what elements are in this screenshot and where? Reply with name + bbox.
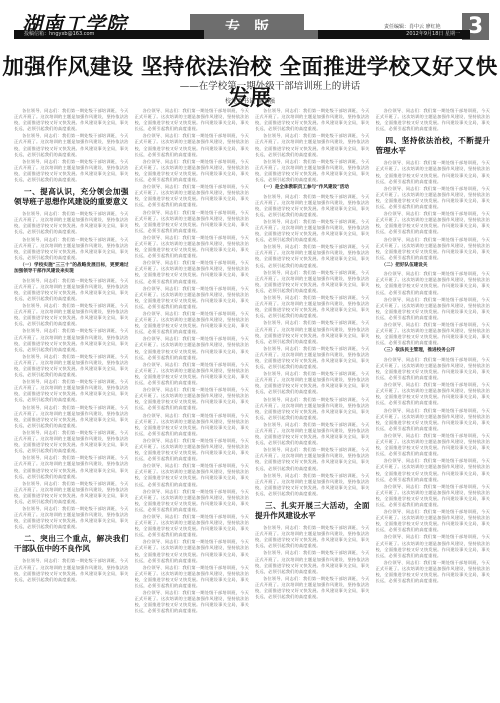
paragraph: 各位领导、同志们：我们第一期处级干部培训班，今天正式开班了。这次培训的主题是加强…	[14, 558, 129, 582]
paragraph: 各位领导、同志们：我们第一期处级干部培训班，今天正式开班了。这次培训的主题是加强…	[255, 194, 370, 218]
paragraph: 各位领导、同志们：我们第一期处级干部培训班，今天正式开班了。这次培训的主题是加强…	[135, 235, 250, 259]
paragraph: 各位领导、同志们：我们第一期处级干部培训班，今天正式开班了。这次培训的主题是加强…	[14, 159, 129, 183]
paragraph: 各位领导、同志们：我们第一期处级干部培训班，今天正式开班了。这次培训的主题是加强…	[255, 270, 370, 294]
paragraph: 各位领导、同志们：我们第一期处级干部培训班，今天正式开班了。这次培训的主题是加强…	[14, 108, 129, 132]
paragraph: 各位领导、同志们：我们第一期处级干部培训班，今天正式开班了。这次培训的主题是加强…	[255, 473, 370, 497]
paragraph: 各位领导、同志们：我们第一期处级干部培训班，今天正式开班了。这次培训的主题是加强…	[135, 260, 250, 284]
byline: 校党委书记 谢国强	[0, 96, 500, 105]
column-1: 各位领导、同志们：我们第一期处级干部培训班，今天正式开班了。这次培训的主题是加强…	[14, 108, 129, 698]
paragraph: 各位领导、同志们：我们第一期处级干部培训班，今天正式开班了。这次培训的主题是加强…	[255, 576, 370, 600]
paragraph: 各位领导、同志们：我们第一期处级干部培训班，今天正式开班了。这次培训的主题是加强…	[255, 244, 370, 268]
section-heading-3: 三、扎实开展三大活动，全面提升作风建设水平	[255, 501, 370, 521]
paragraph: 各位领导、同志们：我们第一期处级干部培训班，今天正式开班了。这次培训的主题是加强…	[376, 484, 491, 508]
paragraph: 各位领导、同志们：我们第一期处级干部培训班，今天正式开班了。这次培训的主题是加强…	[376, 237, 491, 261]
paragraph: 各位领导、同志们：我们第一期处级干部培训班，今天正式开班了。这次培训的主题是加强…	[14, 278, 129, 302]
paragraph: 各位领导、同志们：我们第一期处级干部培训班，今天正式开班了。这次培训的主题是加强…	[255, 295, 370, 319]
paragraph: 各位领导、同志们：我们第一期处级干部培训班，今天正式开班了。这次培训的主题是加强…	[135, 565, 250, 589]
paragraph: 各位领导、同志们：我们第一期处级干部培训班，今天正式开班了。这次培训的主题是加强…	[14, 237, 129, 261]
paragraph: 各位领导、同志们：我们第一期处级干部培训班，今天正式开班了。这次培训的主题是加强…	[376, 297, 491, 321]
paragraph: 各位领导、同志们：我们第一期处级干部培训班，今天正式开班了。这次培训的主题是加强…	[135, 463, 250, 487]
paragraph: 各位领导、同志们：我们第一期处级干部培训班，今天正式开班了。这次培训的主题是加强…	[14, 328, 129, 352]
paragraph: 各位领导、同志们：我们第一期处级干部培训班，今天正式开班了。这次培训的主题是加强…	[135, 539, 250, 563]
paragraph: 各位领导、同志们：我们第一期处级干部培训班，今天正式开班了。这次培训的主题是加强…	[135, 413, 250, 437]
paragraph: 各位领导、同志们：我们第一期处级干部培训班，今天正式开班了。这次培训的主题是加强…	[135, 387, 250, 411]
paragraph: 各位领导、同志们：我们第一期处级干部培训班，今天正式开班了。这次培训的主题是加强…	[255, 133, 370, 157]
paragraph: 各位领导、同志们：我们第一期处级干部培训班，今天正式开班了。这次培训的主题是加强…	[135, 438, 250, 462]
paragraph: 各位领导、同志们：我们第一期处级干部培训班，今天正式开班了。这次培训的主题是加强…	[14, 455, 129, 479]
section-heading-2: 二、突出三个重点，解决我们干部队伍中的不良作风	[14, 534, 129, 554]
paragraph: 各位领导、同志们：我们第一期处级干部培训班，今天正式开班了。这次培训的主题是加强…	[255, 219, 370, 243]
paragraph: 各位领导、同志们：我们第一期处级干部培训班，今天正式开班了。这次培训的主题是加强…	[135, 590, 250, 614]
paragraph: 各位领导、同志们：我们第一期处级干部培训班，今天正式开班了。这次培训的主题是加强…	[376, 382, 491, 406]
paragraph: 各位领导、同志们：我们第一期处级干部培训班，今天正式开班了。这次培训的主题是加强…	[14, 211, 129, 235]
paragraph: 各位领导、同志们：我们第一期处级干部培训班，今天正式开班了。这次培训的主题是加强…	[135, 489, 250, 513]
paragraph: 各位领导、同志们：我们第一期处级干部培训班，今天正式开班了。这次培训的主题是加强…	[14, 303, 129, 327]
paragraph: 各位领导、同志们：我们第一期处级干部培训班，今天正式开班了。这次培训的主题是加强…	[376, 186, 491, 210]
paragraph: 各位领导、同志们：我们第一期处级干部培训班，今天正式开班了。这次培训的主题是加强…	[376, 271, 491, 295]
paragraph: 各位领导、同志们：我们第一期处级干部培训班，今天正式开班了。这次培训的主题是加强…	[255, 346, 370, 370]
paragraph: 各位领导、同志们：我们第一期处级干部培训班，今天正式开班了。这次培训的主题是加强…	[376, 560, 491, 584]
section-heading-1: 一、提高认识，充分领会加强领导班子思想作风建设的重要意义	[14, 187, 129, 207]
paragraph: 各位领导、同志们：我们第一期处级干部培训班，今天正式开班了。这次培训的主题是加强…	[14, 430, 129, 454]
paragraph: 各位领导、同志们：我们第一期处级干部培训班，今天正式开班了。这次培训的主题是加强…	[14, 481, 129, 505]
paragraph: 各位领导、同志们：我们第一期处级干部培训班，今天正式开班了。这次培训的主题是加强…	[135, 133, 250, 157]
paragraph: 各位领导、同志们：我们第一期处级干部培训班，今天正式开班了。这次培训的主题是加强…	[135, 514, 250, 538]
paragraph: 各位领导、同志们：我们第一期处级干部培训班，今天正式开班了。这次培训的主题是加强…	[376, 534, 491, 558]
paragraph: 各位领导、同志们：我们第一期处级干部培训班，今天正式开班了。这次培训的主题是加强…	[376, 509, 491, 533]
paragraph: 各位领导、同志们：我们第一期处级干部培训班，今天正式开班了。这次培训的主题是加强…	[376, 408, 491, 432]
article-body: 各位领导、同志们：我们第一期处级干部培训班，今天正式开班了。这次培训的主题是加强…	[14, 108, 490, 698]
paragraph: 各位领导、同志们：我们第一期处级干部培训班，今天正式开班了。这次培训的主题是加强…	[255, 371, 370, 395]
subsection-heading: （一）学校实施“三三十”的战略发展目标，更要通过加强领导干部作风建设来实现	[14, 263, 129, 276]
paragraph: 各位领导、同志们：我们第一期处级干部培训班，今天正式开班了。这次培训的主题是加强…	[14, 506, 129, 530]
paragraph: 各位领导、同志们：我们第一期处级干部培训班，今天正式开班了。这次培训的主题是加强…	[14, 354, 129, 378]
column-2: 各位领导、同志们：我们第一期处级干部培训班，今天正式开班了。这次培训的主题是加强…	[135, 108, 250, 698]
paragraph: 各位领导、同志们：我们第一期处级干部培训班，今天正式开班了。这次培训的主题是加强…	[255, 422, 370, 446]
paragraph: 各位领导、同志们：我们第一期处级干部培训班，今天正式开班了。这次培训的主题是加强…	[376, 433, 491, 457]
subsection-heading: （一）是全体教职员工参与“作风建设”活动	[255, 185, 370, 191]
issue-date: 2012年9月18日 星期一	[406, 30, 460, 39]
submission-email: 投稿信箱：hngyxb@163.com	[24, 30, 94, 39]
paragraph: 各位领导、同志们：我们第一期处级干部培训班，今天正式开班了。这次培训的主题是加强…	[376, 357, 491, 381]
paragraph: 各位领导、同志们：我们第一期处级干部培训班，今天正式开班了。这次培训的主题是加强…	[255, 447, 370, 471]
paragraph: 各位领导、同志们：我们第一期处级干部培训班，今天正式开班了。这次培训的主题是加强…	[255, 550, 370, 574]
paragraph: 各位领导、同志们：我们第一期处级干部培训班，今天正式开班了。这次培训的主题是加强…	[255, 397, 370, 421]
paragraph: 各位领导、同志们：我们第一期处级干部培训班，今天正式开班了。这次培训的主题是加强…	[135, 184, 250, 208]
paragraph: 各位领导、同志们：我们第一期处级干部培训班，今天正式开班了。这次培训的主题是加强…	[135, 311, 250, 335]
subtitle: ——在学校第一期处级干部培训班上的讲话	[0, 78, 500, 92]
section-heading-4: 四、坚持依法治校，不断提升管理水平	[376, 136, 491, 156]
paragraph: 各位领导、同志们：我们第一期处级干部培训班，今天正式开班了。这次培训的主题是加强…	[14, 405, 129, 429]
masthead-bar-middle	[204, 30, 318, 39]
paragraph: 各位领导、同志们：我们第一期处级干部培训班，今天正式开班了。这次培训的主题是加强…	[255, 525, 370, 549]
paragraph: 各位领导、同志们：我们第一期处级干部培训班，今天正式开班了。这次培训的主题是加强…	[135, 336, 250, 360]
subsection-heading: （二）把好队伍建设关	[376, 263, 491, 269]
paragraph: 各位领导、同志们：我们第一期处级干部培训班，今天正式开班了。这次培训的主题是加强…	[376, 160, 491, 184]
paragraph: 各位领导、同志们：我们第一期处级干部培训班，今天正式开班了。这次培训的主题是加强…	[14, 133, 129, 157]
paragraph: 各位领导、同志们：我们第一期处级干部培训班，今天正式开班了。这次培训的主题是加强…	[135, 210, 250, 234]
masthead: 湖南工学院 专版 责任编辑：肖中云 廖红艳 3 投稿信箱：hngyxb@163.…	[0, 0, 500, 44]
column-3: 各位领导、同志们：我们第一期处级干部培训班，今天正式开班了。这次培训的主题是加强…	[255, 108, 370, 698]
masthead-bar: 投稿信箱：hngyxb@163.com 2012年9月18日 星期一	[14, 30, 470, 39]
paragraph: 各位领导、同志们：我们第一期处级干部培训班，今天正式开班了。这次培训的主题是加强…	[135, 286, 250, 310]
paragraph: 各位领导、同志们：我们第一期处级干部培训班，今天正式开班了。这次培训的主题是加强…	[135, 108, 250, 132]
paragraph: 各位领导、同志们：我们第一期处级干部培训班，今天正式开班了。这次培训的主题是加强…	[255, 159, 370, 183]
paragraph: 各位领导、同志们：我们第一期处级干部培训班，今天正式开班了。这次培训的主题是加强…	[255, 320, 370, 344]
editors-credit: 责任编辑：肖中云 廖红艳	[384, 23, 441, 30]
paragraph: 各位领导、同志们：我们第一期处级干部培训班，今天正式开班了。这次培训的主题是加强…	[376, 108, 491, 132]
paragraph: 各位领导、同志们：我们第一期处级干部培训班，今天正式开班了。这次培训的主题是加强…	[135, 159, 250, 183]
paragraph: 各位领导、同志们：我们第一期处级干部培训班，今天正式开班了。这次培训的主题是加强…	[135, 362, 250, 386]
paragraph: 各位领导、同志们：我们第一期处级干部培训班，今天正式开班了。这次培训的主题是加强…	[14, 379, 129, 403]
subsection-heading: （三）依法民主管理，推进校务公开	[376, 348, 491, 354]
paragraph: 各位领导、同志们：我们第一期处级干部培训班，今天正式开班了。这次培训的主题是加强…	[376, 458, 491, 482]
paragraph: 各位领导、同志们：我们第一期处级干部培训班，今天正式开班了。这次培训的主题是加强…	[376, 322, 491, 346]
column-4: 各位领导、同志们：我们第一期处级干部培训班，今天正式开班了。这次培训的主题是加强…	[376, 108, 491, 698]
paragraph: 各位领导、同志们：我们第一期处级干部培训班，今天正式开班了。这次培训的主题是加强…	[255, 108, 370, 132]
paragraph: 各位领导、同志们：我们第一期处级干部培训班，今天正式开班了。这次培训的主题是加强…	[376, 211, 491, 235]
